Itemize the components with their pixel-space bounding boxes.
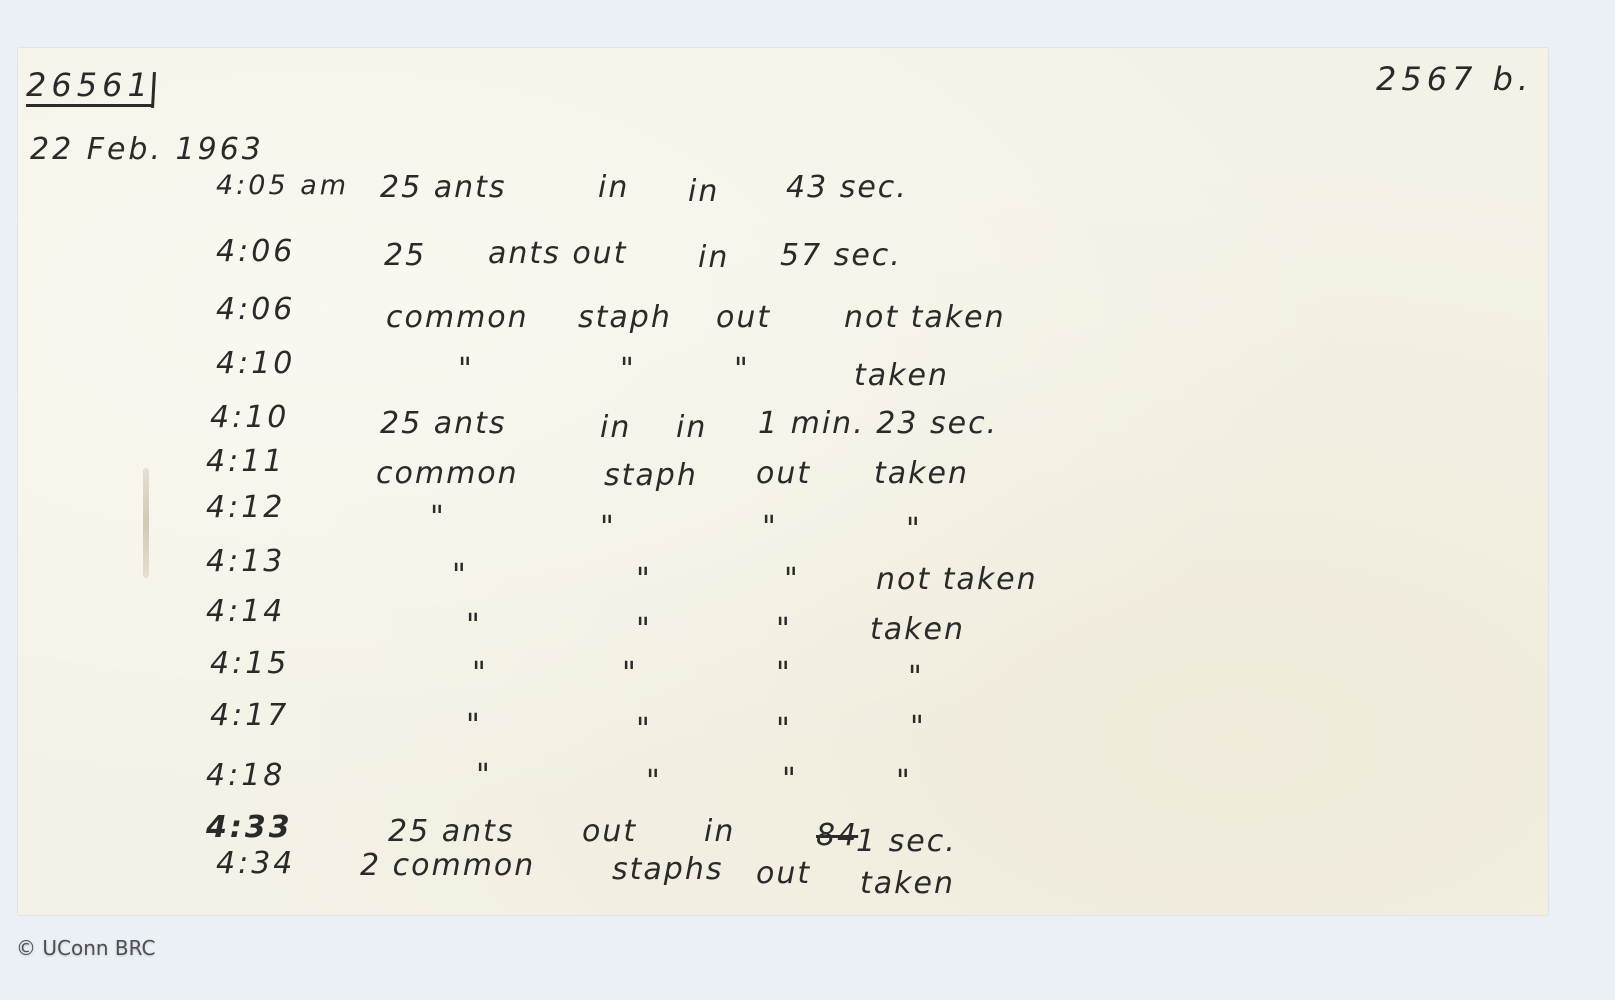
card-stain xyxy=(143,468,149,578)
log-time: 4:06 xyxy=(216,292,295,327)
log-col3: out xyxy=(756,456,811,491)
log-col3: in xyxy=(704,814,735,849)
ditto-mark: " xyxy=(472,656,486,691)
ditto-mark: " xyxy=(430,500,444,535)
ditto-mark: " xyxy=(452,558,466,593)
log-time: 4:18 xyxy=(206,758,285,793)
ditto-mark: " xyxy=(784,562,798,597)
ditto-mark: " xyxy=(622,656,636,691)
log-time: 4:33 xyxy=(206,810,293,845)
right-reference-number: 2567 b. xyxy=(1376,60,1533,98)
log-col4: taken xyxy=(854,358,949,393)
log-time: 4:17 xyxy=(210,698,289,733)
ditto-mark: " xyxy=(476,758,490,793)
log-col2: staph xyxy=(578,300,672,335)
log-col4: not taken xyxy=(876,562,1038,597)
ditto-mark: " xyxy=(776,612,790,647)
ditto-mark: " xyxy=(620,352,634,387)
log-col2: in xyxy=(600,410,631,445)
log-col4: 1 min. 23 sec. xyxy=(758,406,998,441)
log-col3: out xyxy=(716,300,771,335)
ditto-mark: " xyxy=(466,708,480,743)
log-col2: in xyxy=(598,170,629,205)
ditto-mark: " xyxy=(636,612,650,647)
log-col4: 1 sec. xyxy=(856,824,957,859)
ditto-mark: " xyxy=(734,352,748,387)
log-col4: not taken xyxy=(844,300,1006,335)
ditto-mark: " xyxy=(910,710,924,745)
ditto-mark: " xyxy=(646,764,660,799)
log-col4: taken xyxy=(860,866,955,901)
ditto-mark: " xyxy=(908,660,922,695)
ditto-mark: " xyxy=(636,562,650,597)
log-col1: common xyxy=(386,300,529,335)
ditto-mark: " xyxy=(458,352,472,387)
log-time: 4:06 xyxy=(216,234,295,269)
log-col2: ants out xyxy=(488,236,627,271)
log-col2: staphs xyxy=(612,852,723,887)
log-time: 4:10 xyxy=(216,346,295,381)
log-col4: taken xyxy=(870,612,965,647)
ditto-mark: " xyxy=(636,712,650,747)
log-time: 4:05 am xyxy=(216,170,349,201)
log-col1: 25 ants xyxy=(380,406,507,441)
ditto-mark: " xyxy=(762,510,776,545)
log-col3: in xyxy=(698,240,729,275)
catalog-number: 26561 xyxy=(26,66,153,104)
log-col4: 43 sec. xyxy=(786,170,908,205)
ditto-mark: " xyxy=(782,762,796,797)
log-time: 4:15 xyxy=(210,646,289,681)
copyright-notice: © UConn BRC xyxy=(16,936,156,960)
log-col2: staph xyxy=(604,458,698,493)
log-col1: common xyxy=(376,456,519,491)
struck-out-value: 84 xyxy=(816,818,858,853)
log-time: 4:12 xyxy=(206,490,285,525)
log-time: 4:14 xyxy=(206,594,285,629)
log-time: 4:10 xyxy=(210,400,289,435)
ditto-mark: " xyxy=(776,656,790,691)
log-col1: 25 xyxy=(384,238,426,273)
log-col2: out xyxy=(582,814,637,849)
log-time: 4:34 xyxy=(216,846,295,881)
log-col3: out xyxy=(756,856,811,891)
log-time: 4:11 xyxy=(206,444,285,479)
entry-date: 22 Feb. 1963 xyxy=(30,132,264,167)
log-col3: in xyxy=(676,410,707,445)
ditto-mark: " xyxy=(776,712,790,747)
log-col1: 25 ants xyxy=(388,814,515,849)
ditto-mark: " xyxy=(896,764,910,799)
log-time: 4:13 xyxy=(206,544,285,579)
log-col4: taken xyxy=(874,456,969,491)
ditto-mark: " xyxy=(906,512,920,547)
log-col4: 57 sec. xyxy=(780,238,902,273)
log-col1: 25 ants xyxy=(380,170,507,205)
log-col1: 2 common xyxy=(360,848,535,883)
log-col3: in xyxy=(688,174,719,209)
ditto-mark: " xyxy=(600,510,614,545)
ditto-mark: " xyxy=(466,608,480,643)
